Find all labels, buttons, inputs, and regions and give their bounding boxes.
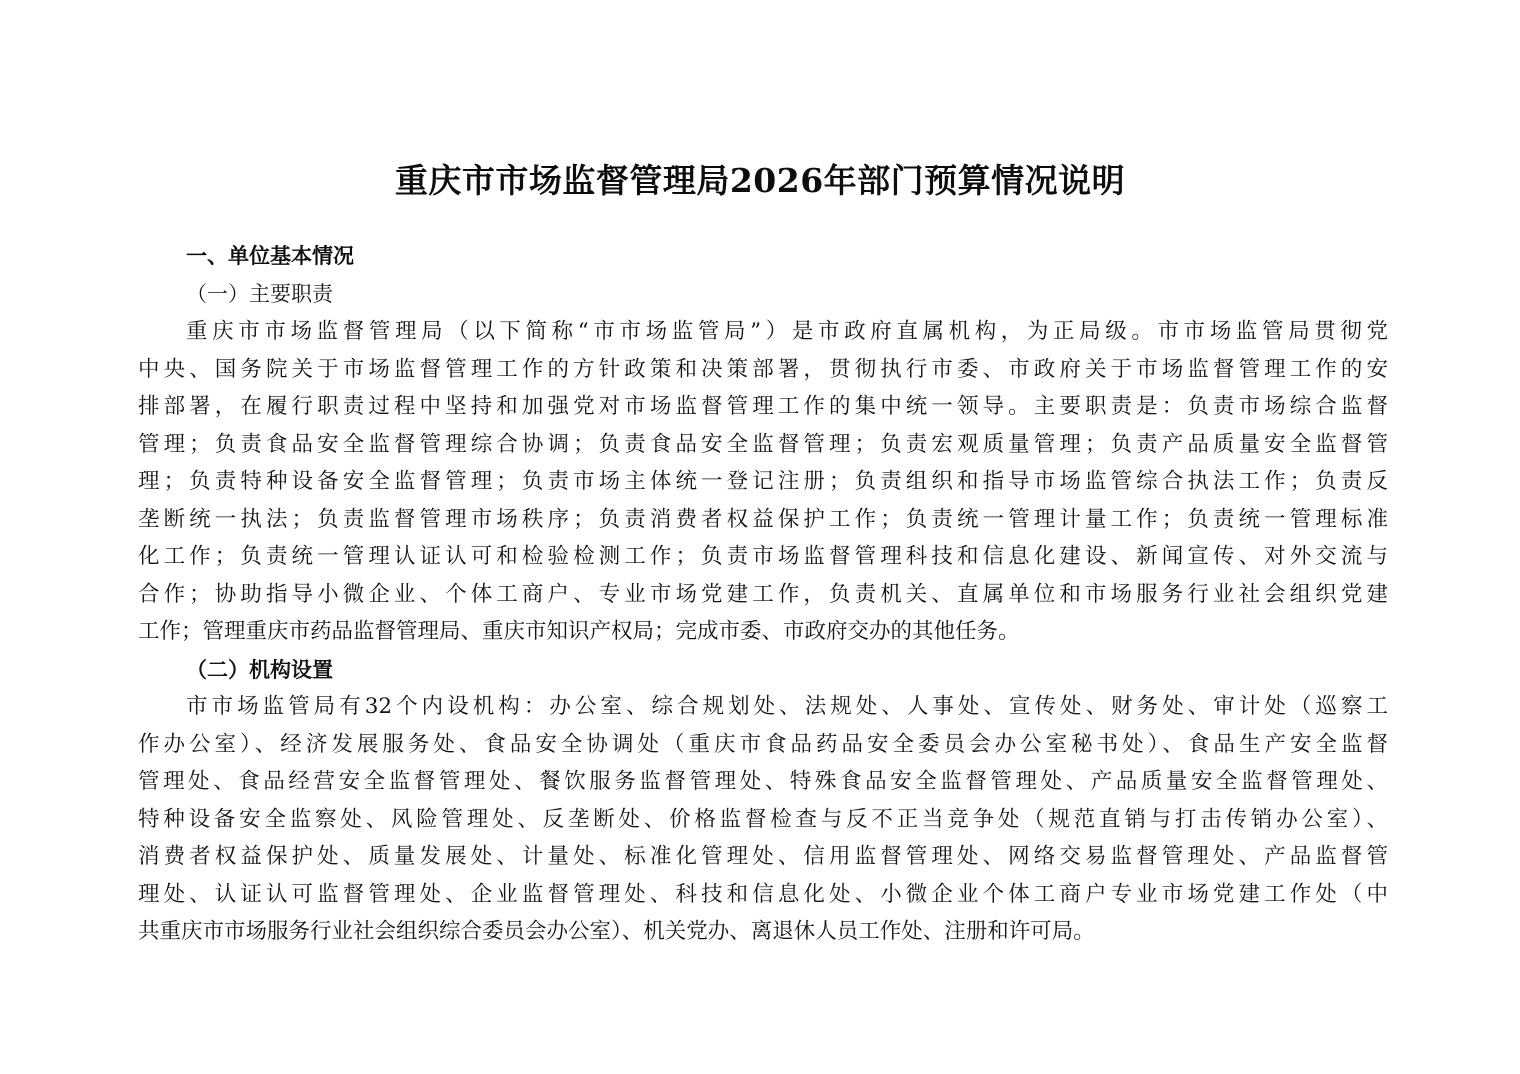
paragraph-line: 市市场监管局有32个内设机构：办公室、综合规划处、法规处、人事处、宣传处、财务处… xyxy=(138,688,1388,726)
paragraph-line: 中央、国务院关于市场监督管理工作的方针政策和决策部署，贯彻执行市委、市政府关于市… xyxy=(138,351,1388,389)
paragraph-line: 共重庆市市场服务行业社会组织综合委员会办公室）、机关党办、离退休人员工作处、注册… xyxy=(138,913,1388,951)
paragraph-line: 消费者权益保护处、质量发展处、计量处、标准化管理处、信用监督管理处、网络交易监督… xyxy=(138,838,1388,876)
paragraph-line: 垄断统一执法；负责监督管理市场秩序；负责消费者权益保护工作；负责统一管理计量工作… xyxy=(138,501,1388,539)
paragraph-line: 重庆市市场监督管理局（以下简称“市市场监管局”）是市政府直属机构，为正局级。市市… xyxy=(138,313,1388,351)
paragraph-line: 特种设备安全监察处、风险管理处、反垄断处、价格监督检查与反不正当竞争处（规范直销… xyxy=(138,801,1388,839)
document-page: 重庆市市场监督管理局2026年部门预算情况说明 一、单位基本情况 （一）主要职责… xyxy=(0,0,1520,1074)
paragraph-line: 工作；管理重庆市药品监督管理局、重庆市知识产权局；完成市委、市政府交办的其他任务… xyxy=(138,613,1388,651)
subsection-heading-main-duties: （一）主要职责 xyxy=(138,276,1388,314)
paragraph-line: 管理处、食品经营安全监督管理处、餐饮服务监督管理处、特殊食品安全监督管理处、产品… xyxy=(138,763,1388,801)
paragraph-line: 理处、认证认可监督管理处、企业监督管理处、科技和信息化处、小微企业个体工商户专业… xyxy=(138,876,1388,914)
paragraph-line: 理；负责特种设备安全监督管理；负责市场主体统一登记注册；负责组织和指导市场监管综… xyxy=(138,463,1388,501)
subsection-heading-organization: （二）机构设置 xyxy=(138,651,1388,689)
paragraph-line: 作办公室）、经济发展服务处、食品安全协调处（重庆市食品药品安全委员会办公室秘书处… xyxy=(138,726,1388,764)
paragraph-organization: 市市场监管局有32个内设机构：办公室、综合规划处、法规处、人事处、宣传处、财务处… xyxy=(138,688,1388,951)
paragraph-line: 排部署，在履行职责过程中坚持和加强党对市场监督管理工作的集中统一领导。主要职责是… xyxy=(138,388,1388,426)
section-heading-basic-info: 一、单位基本情况 xyxy=(138,238,1388,276)
paragraph-main-duties: 重庆市市场监督管理局（以下简称“市市场监管局”）是市政府直属机构，为正局级。市市… xyxy=(138,313,1388,651)
paragraph-line: 合作；协助指导小微企业、个体工商户、专业市场党建工作，负责机关、直属单位和市场服… xyxy=(138,576,1388,614)
document-body: 一、单位基本情况 （一）主要职责 重庆市市场监督管理局（以下简称“市市场监管局”… xyxy=(138,238,1388,951)
document-title: 重庆市市场监督管理局2026年部门预算情况说明 xyxy=(0,157,1520,205)
paragraph-line: 管理；负责食品安全监督管理综合协调；负责食品安全监督管理；负责宏观质量管理；负责… xyxy=(138,426,1388,464)
paragraph-line: 化工作；负责统一管理认证认可和检验检测工作；负责市场监督管理科技和信息化建设、新… xyxy=(138,538,1388,576)
